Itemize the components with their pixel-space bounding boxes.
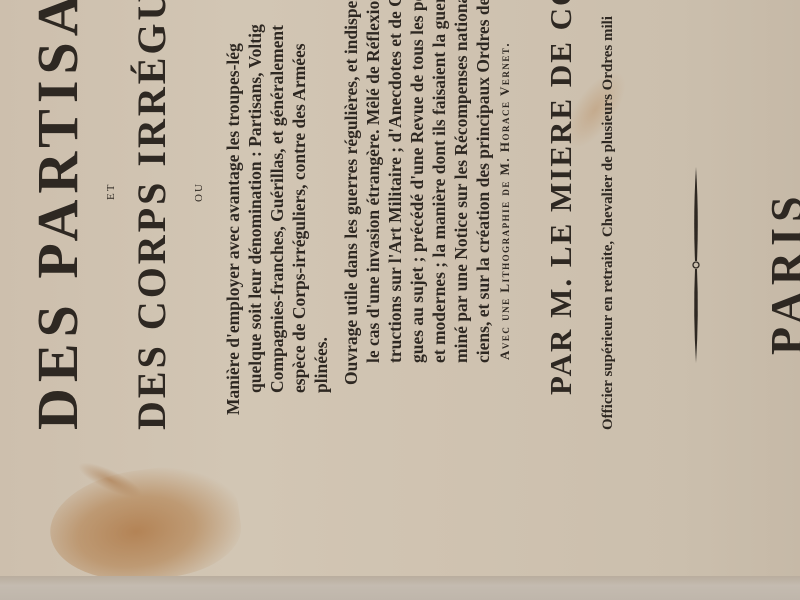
- description-line: tructions sur l'Art Militaire ; d'Anecdo…: [384, 0, 406, 385]
- conjunction-et: ET: [105, 183, 117, 200]
- description-line: gues au sujet ; précédé d'une Revue de t…: [406, 0, 428, 385]
- book-photo: DES PARTISANS ET DES CORPS IRRÉGULIERS, …: [0, 0, 800, 600]
- page-bottom-edge: [0, 576, 800, 600]
- title-line-1: DES PARTISANS: [24, 0, 91, 430]
- description-line: le cas d'une invasion étrangère. Mêlé de…: [362, 0, 384, 385]
- ornament-rule-icon: [690, 165, 702, 365]
- description-line: ciens, et sur la création des principaux…: [472, 0, 494, 385]
- subtitle-line: plinées.: [310, 24, 332, 415]
- author-title: Officier supérieur en retraite, Chevalie…: [600, 16, 617, 430]
- subtitle-paragraph: Manière d'employer avec avantage les tro…: [222, 24, 332, 415]
- description-line: et modernes ; la manière dont ils faisai…: [428, 0, 450, 385]
- description-line: miné par une Notice sur les Récompenses …: [450, 0, 472, 385]
- imprint-city: PARIS: [760, 190, 800, 355]
- description-paragraph: Ouvrage utile dans les guerres régulière…: [340, 0, 494, 385]
- title-line-2: DES CORPS IRRÉGULIERS,: [128, 0, 175, 430]
- title-page: DES PARTISANS ET DES CORPS IRRÉGULIERS, …: [0, 0, 800, 600]
- subtitle-line: espèce de Corps-irréguliers, contre des …: [288, 24, 310, 415]
- conjunction-ou: OU: [193, 182, 205, 202]
- subtitle-line: quelque soit leur dénomination : Partisa…: [244, 24, 266, 415]
- lithograph-credit: Avec une Lithographie de M. Horace Verne…: [497, 42, 513, 360]
- subtitle-line: Manière d'employer avec avantage les tro…: [222, 24, 244, 415]
- author-line: PAR M. LE MIERE DE CORVEY: [543, 0, 579, 395]
- subtitle-line: Compagnies-franches, Guérillas, et génér…: [266, 24, 288, 415]
- description-line: Ouvrage utile dans les guerres régulière…: [340, 0, 362, 385]
